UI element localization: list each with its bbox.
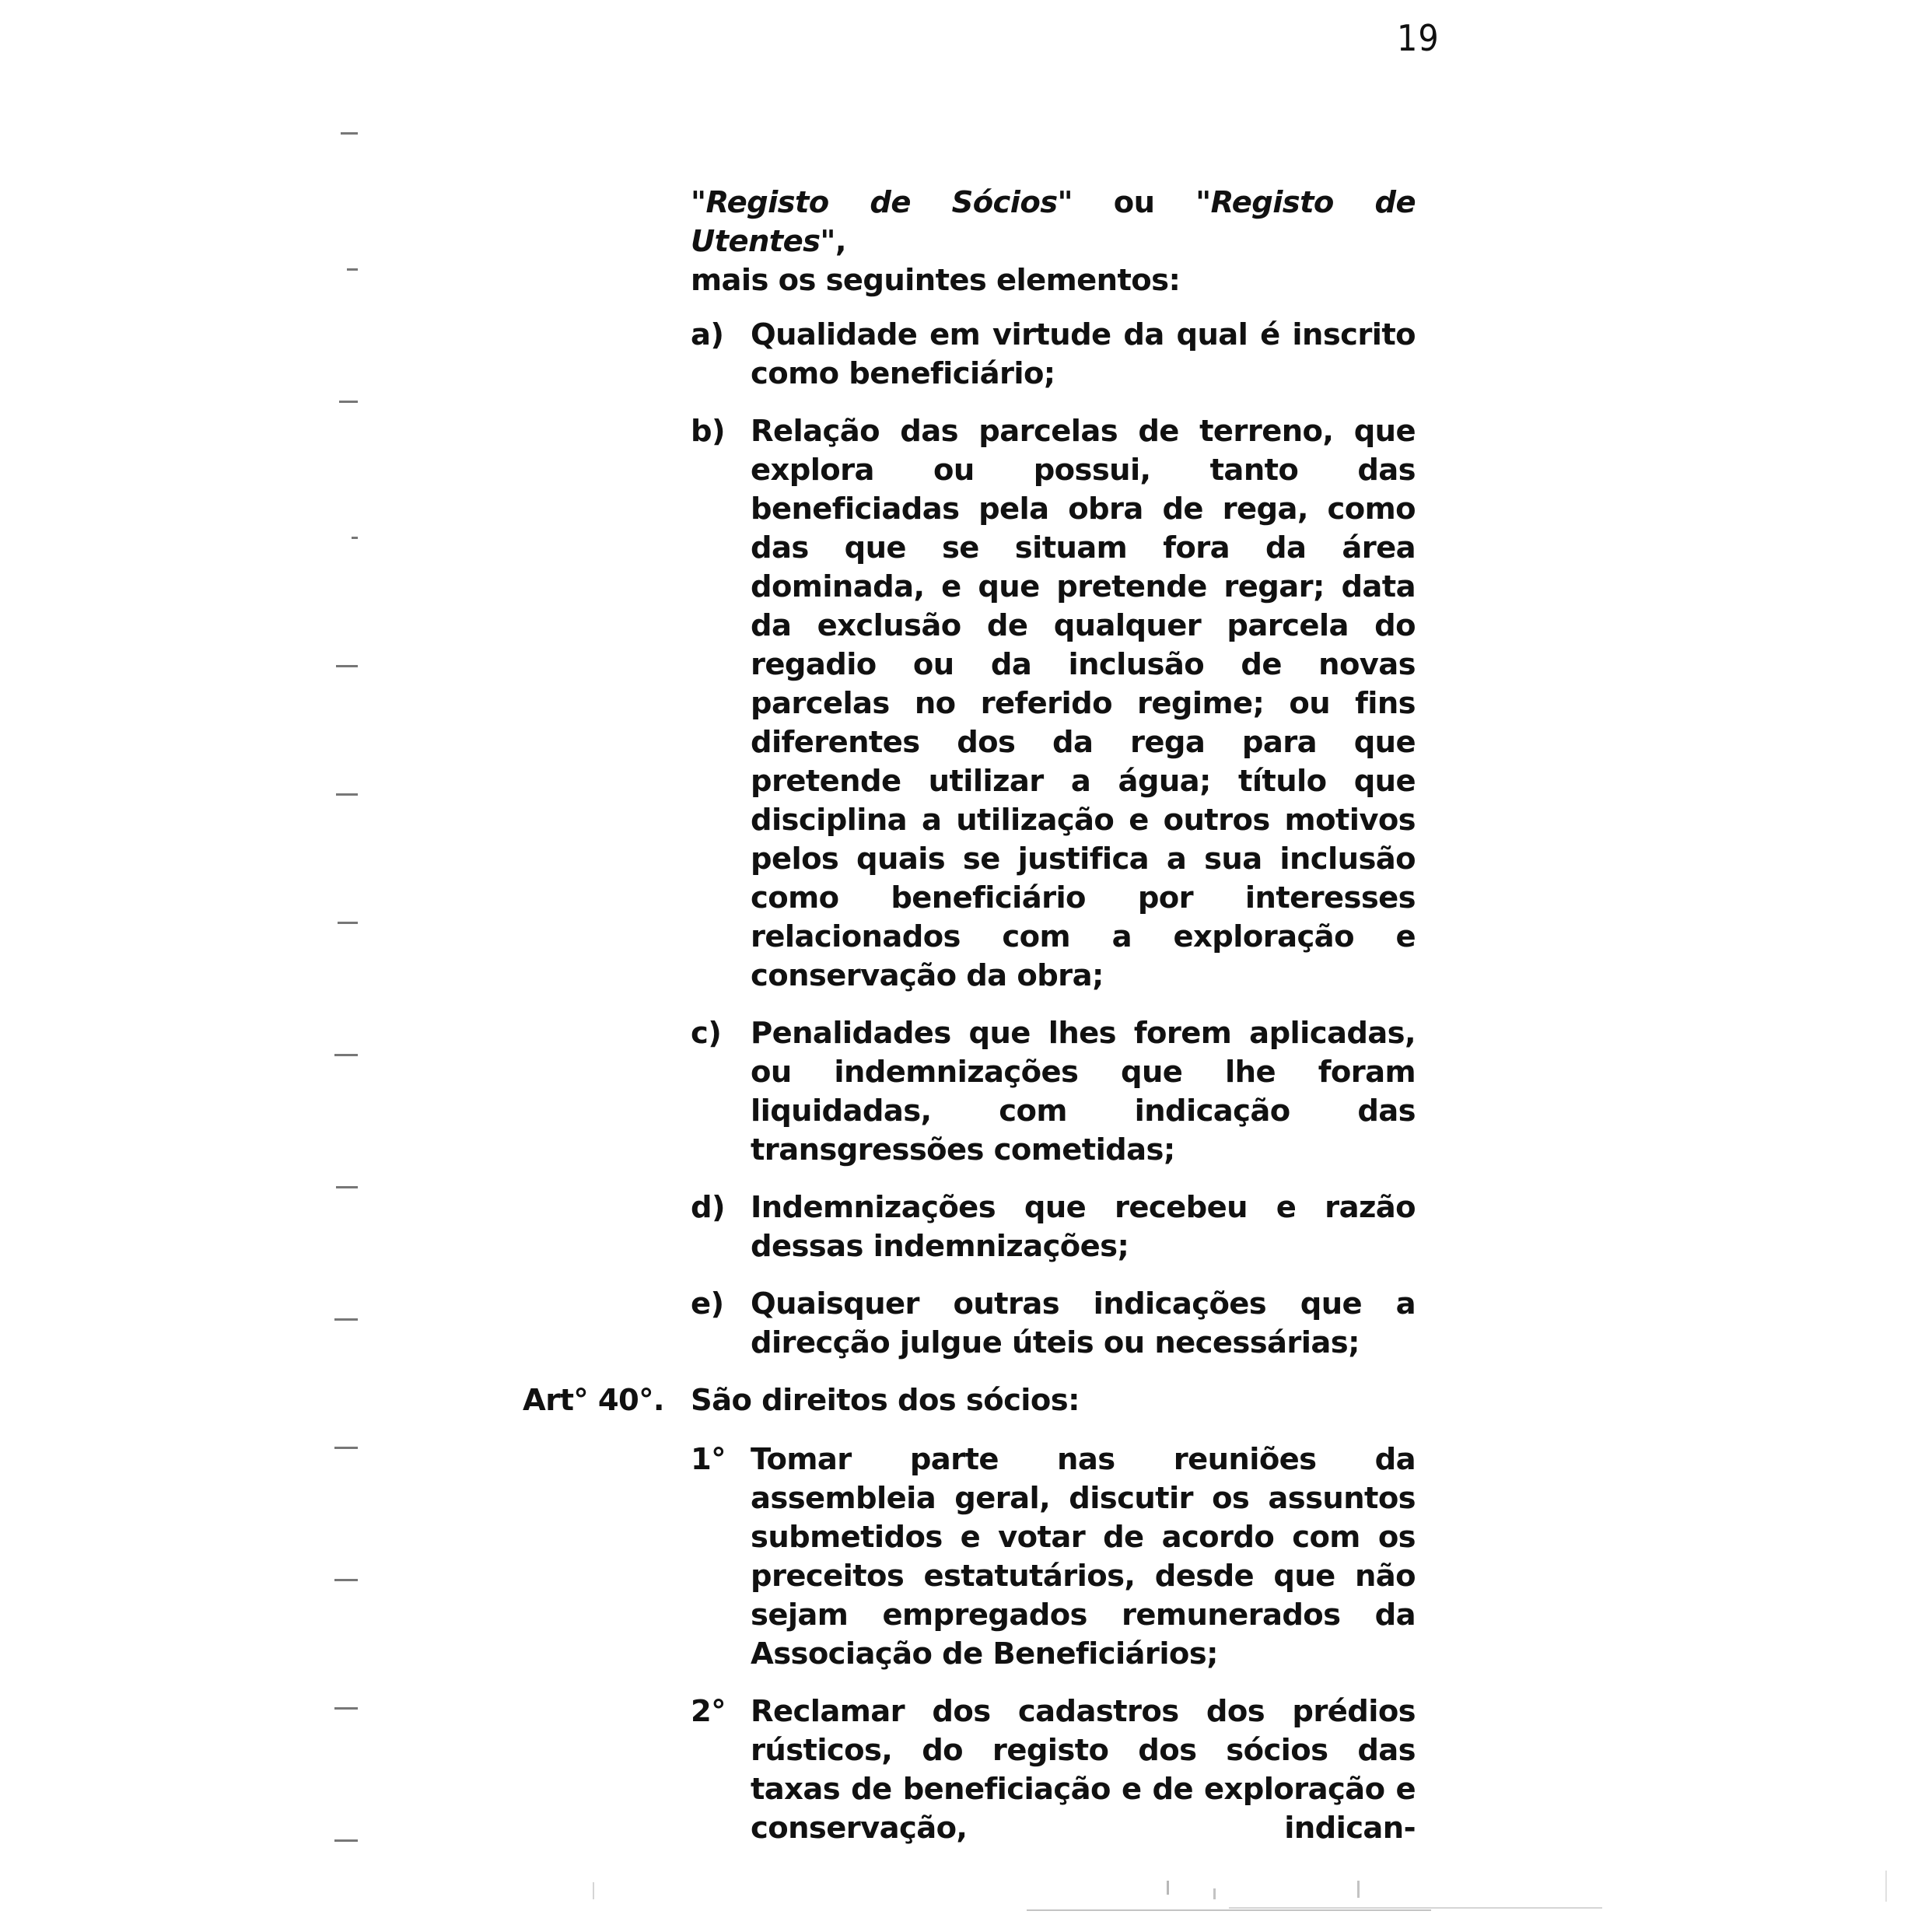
margin-tick-mark [352, 537, 358, 539]
margin-tick-mark [336, 793, 358, 796]
margin-tick-mark [336, 665, 358, 667]
article-40-heading: Art° 40°. São direitos dos sócios: [691, 1381, 1416, 1420]
item-text: Quaisquer outras indicações que a direcç… [751, 1285, 1416, 1363]
scan-artifact [1885, 1871, 1887, 1902]
document-body: "Registo de Sócios" ou "Registo de Utent… [691, 184, 1416, 1867]
item-label: d) [691, 1188, 751, 1266]
margin-tick-mark [334, 1054, 358, 1056]
page-number: 19 [1397, 17, 1440, 59]
margin-tick-mark [338, 922, 358, 924]
scan-artifact [1213, 1888, 1216, 1899]
margin-tick-mark [336, 1186, 358, 1188]
item-text: Relação das parcelas de terreno, que exp… [751, 412, 1416, 996]
item-text: Tomar parte nas reuniões da assembleia g… [751, 1440, 1416, 1674]
item-label: c) [691, 1014, 751, 1170]
right-item-2: 2° Reclamar dos cadastros dos prédios rú… [691, 1692, 1416, 1848]
intro-line-1: "Registo de Sócios" ou "Registo de Utent… [691, 184, 1416, 261]
scan-artifact [1357, 1881, 1360, 1898]
item-text: Indemnizações que recebeu e razão dessas… [751, 1188, 1416, 1266]
item-label: b) [691, 412, 751, 996]
list-item-b: b) Relação das parcelas de terreno, que … [691, 412, 1416, 996]
scan-artifact [1167, 1881, 1169, 1895]
scan-artifact [593, 1882, 594, 1899]
item-text: Qualidade em virtude da qual é inscrito … [751, 316, 1416, 394]
registo-socios-term: Registo de Sócios [705, 185, 1057, 220]
article-number: Art° 40°. [523, 1381, 664, 1420]
item-label: e) [691, 1285, 751, 1363]
intro-line-2: mais os seguintes elementos: [691, 261, 1416, 300]
margin-tick-mark [334, 1707, 358, 1710]
list-item-c: c) Penalidades que lhes forem aplicadas,… [691, 1014, 1416, 1170]
intro-paragraph: "Registo de Sócios" ou "Registo de Utent… [691, 184, 1416, 300]
margin-tick-mark [334, 1579, 358, 1581]
margin-tick-mark [334, 1447, 358, 1449]
list-item-d: d) Indemnizações que recebeu e razão des… [691, 1188, 1416, 1266]
scan-artifact [1027, 1909, 1431, 1911]
article-heading: São direitos dos sócios: [691, 1383, 1080, 1418]
margin-tick-mark [334, 1839, 358, 1842]
scan-artifact [1229, 1907, 1602, 1909]
item-label: a) [691, 316, 751, 394]
margin-tick-mark [341, 132, 358, 135]
item-text: Penalidades que lhes forem aplicadas, ou… [751, 1014, 1416, 1170]
list-item-a: a) Qualidade em virtude da qual é inscri… [691, 316, 1416, 394]
item-label: 2° [691, 1692, 751, 1848]
item-label: 1° [691, 1440, 751, 1674]
item-text: Reclamar dos cadastros dos prédios rústi… [751, 1692, 1416, 1848]
margin-tick-mark [339, 401, 358, 403]
margin-tick-mark [347, 268, 358, 271]
list-item-e: e) Quaisquer outras indicações que a dir… [691, 1285, 1416, 1363]
margin-tick-mark [334, 1318, 358, 1321]
right-item-1: 1° Tomar parte nas reuniões da assemblei… [691, 1440, 1416, 1674]
